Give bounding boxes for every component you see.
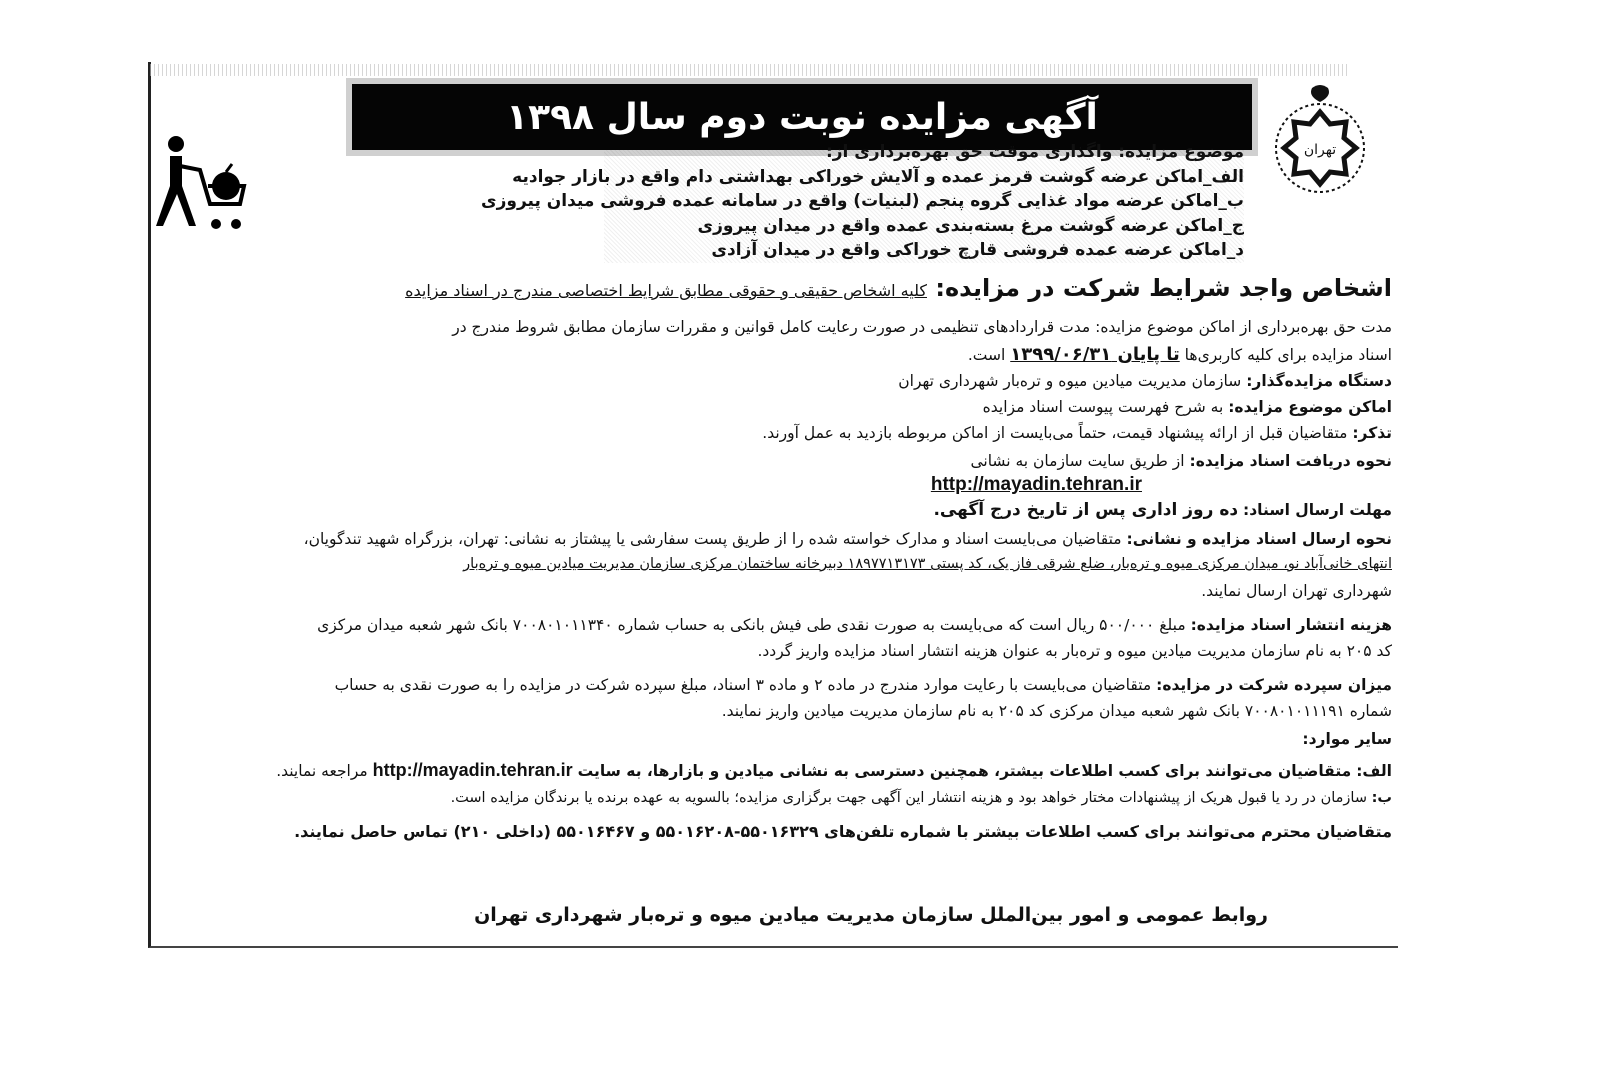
duration-line-1: مدت حق بهره‌برداری از اماکن موضوع مزایده…	[452, 318, 1392, 336]
organizer-label: دستگاه مزایده‌گذار:	[1246, 372, 1392, 390]
eligible-heading: اشخاص واجد شرایط شرکت در مزایده: کلیه اش…	[405, 274, 1392, 302]
organizer-line: دستگاه مزایده‌گذار: سازمان مدیریت میادین…	[898, 372, 1392, 390]
other-a-line: الف: متقاضیان می‌توانند برای کسب اطلاعات…	[276, 760, 1392, 781]
receive-docs-line: نحوه دریافت اسناد مزایده: از طریق سایت س…	[970, 452, 1392, 470]
duration-tail: است.	[968, 346, 1005, 364]
receive-docs-text: از طریق سایت سازمان به نشانی	[970, 452, 1184, 470]
send-docs-line-3: شهرداری تهران ارسال نمایند.	[1201, 582, 1392, 600]
contact-line: متقاضیان محترم می‌توانند برای کسب اطلاعا…	[294, 822, 1392, 841]
other-b-line: ب: سازمان در رد یا قبول هریک از پیشنهادا…	[451, 790, 1392, 806]
doc-fee-label: هزینه انتشار اسناد مزایده:	[1191, 616, 1392, 634]
deposit-text: متقاضیان می‌بایست با رعایت موارد مندرج د…	[335, 676, 1152, 694]
subject-item: الف_اماکن عرضه گوشت قرمز عمده و آلایش خو…	[604, 165, 1244, 190]
other-a-text: متقاضیان می‌توانند برای کسب اطلاعات بیشت…	[578, 762, 1352, 780]
duration-text: اسناد مزایده برای کلیه کاربری‌ها	[1185, 346, 1392, 364]
places-text: به شرح فهرست پیوست اسناد مزایده	[983, 398, 1224, 416]
deadline-text: ده روز اداری پس از تاریخ درج آگهی.	[933, 500, 1238, 520]
page-title: آگهی مزایده نوبت دوم سال ۱۳۹۸	[506, 97, 1098, 138]
reminder-label: تذکر:	[1352, 424, 1392, 442]
website-link[interactable]: http://mayadin.tehran.ir	[931, 474, 1142, 495]
deadline-line: مهلت ارسال اسناد: ده روز اداری پس از تار…	[933, 500, 1392, 520]
other-label: سایر موارد:	[1302, 730, 1392, 748]
receive-docs-url-line: http://mayadin.tehran.ir	[931, 474, 1142, 496]
subject-item: ج_اماکن عرضه گوشت مرغ بسته‌بندی عمده واق…	[604, 214, 1244, 239]
send-docs-line-1: نحوه ارسال اسناد مزایده و نشانی: متقاضیا…	[304, 530, 1392, 548]
auction-subject: موضوع مزایده: واگذاری موقت حق بهره‌بردار…	[604, 140, 1244, 263]
deposit-label: میزان سپرده شرکت در مزایده:	[1156, 676, 1392, 694]
subject-label: موضوع مزایده:	[1118, 142, 1244, 162]
eligible-label: اشخاص واجد شرایط شرکت در مزایده:	[935, 274, 1392, 302]
subject-item: د_اماکن عرضه عمده فروشی قارچ خوراکی واقع…	[604, 238, 1244, 263]
reminder-text: متقاضیان قبل از ارائه پیشنهاد قیمت، حتما…	[762, 424, 1347, 442]
doc-fee-line-1: هزینه انتشار اسناد مزایده: مبلغ ۵۰۰/۰۰۰ …	[317, 616, 1392, 634]
deposit-line-2: شماره ۷۰۰۸۰۱۰۱۱۱۹۱ بانک شهر شعبه میدان م…	[722, 702, 1392, 720]
website-link-2[interactable]: http://mayadin.tehran.ir	[373, 760, 573, 780]
signature: روابط عمومی و امور بین‌الملل سازمان مدیر…	[474, 904, 1268, 926]
shopping-cart-icon	[140, 128, 250, 238]
send-docs-line-2: انتهای خانی‌آباد نو، میدان مرکزی میوه و …	[463, 556, 1392, 572]
duration-line-2: اسناد مزایده برای کلیه کاربری‌ها تا پایا…	[968, 344, 1392, 365]
send-docs-text: متقاضیان می‌بایست اسناد و مدارک خواسته ش…	[304, 530, 1122, 548]
deposit-line-1: میزان سپرده شرکت در مزایده: متقاضیان می‌…	[335, 676, 1392, 694]
svg-text:تهران: تهران	[1304, 142, 1336, 158]
other-b-label: ب:	[1372, 790, 1392, 806]
subject-text: واگذاری موقت حق بهره‌برداری از:	[826, 142, 1112, 162]
doc-fee-line-2: کد ۲۰۵ به نام سازمان مدیریت میادین میوه …	[757, 642, 1392, 660]
eligible-text: کلیه اشخاص حقیقی و حقوقی مطابق شرایط اخت…	[405, 281, 927, 300]
deadline-label: مهلت ارسال اسناد:	[1243, 501, 1392, 519]
doc-fee-text: مبلغ ۵۰۰/۰۰۰ ریال است که می‌بایست به صور…	[317, 616, 1186, 634]
subject-item: ب_اماکن عرضه مواد غذایی گروه پنجم (لبنیا…	[604, 189, 1244, 214]
other-b-text: سازمان در رد یا قبول هریک از پیشنهادات م…	[451, 790, 1367, 806]
places-line: اماکن موضوع مزایده: به شرح فهرست پیوست ا…	[983, 398, 1392, 416]
send-docs-label: نحوه ارسال اسناد مزایده و نشانی:	[1127, 530, 1392, 548]
reminder-line: تذکر: متقاضیان قبل از ارائه پیشنهاد قیمت…	[762, 424, 1392, 442]
scan-noise	[150, 64, 1350, 76]
organizer-text: سازمان مدیریت میادین میوه و تره‌بار شهرد…	[898, 372, 1241, 390]
places-label: اماکن موضوع مزایده:	[1228, 398, 1392, 416]
duration-date: تا پایان ۱۳۹۹/۰۶/۳۱	[1010, 344, 1180, 365]
receive-docs-label: نحوه دریافت اسناد مزایده:	[1190, 452, 1392, 470]
other-a-label: الف:	[1356, 762, 1392, 780]
other-a-tail: مراجعه نمایند.	[276, 762, 368, 780]
tehran-municipality-logo-icon: تهران	[1272, 84, 1368, 202]
